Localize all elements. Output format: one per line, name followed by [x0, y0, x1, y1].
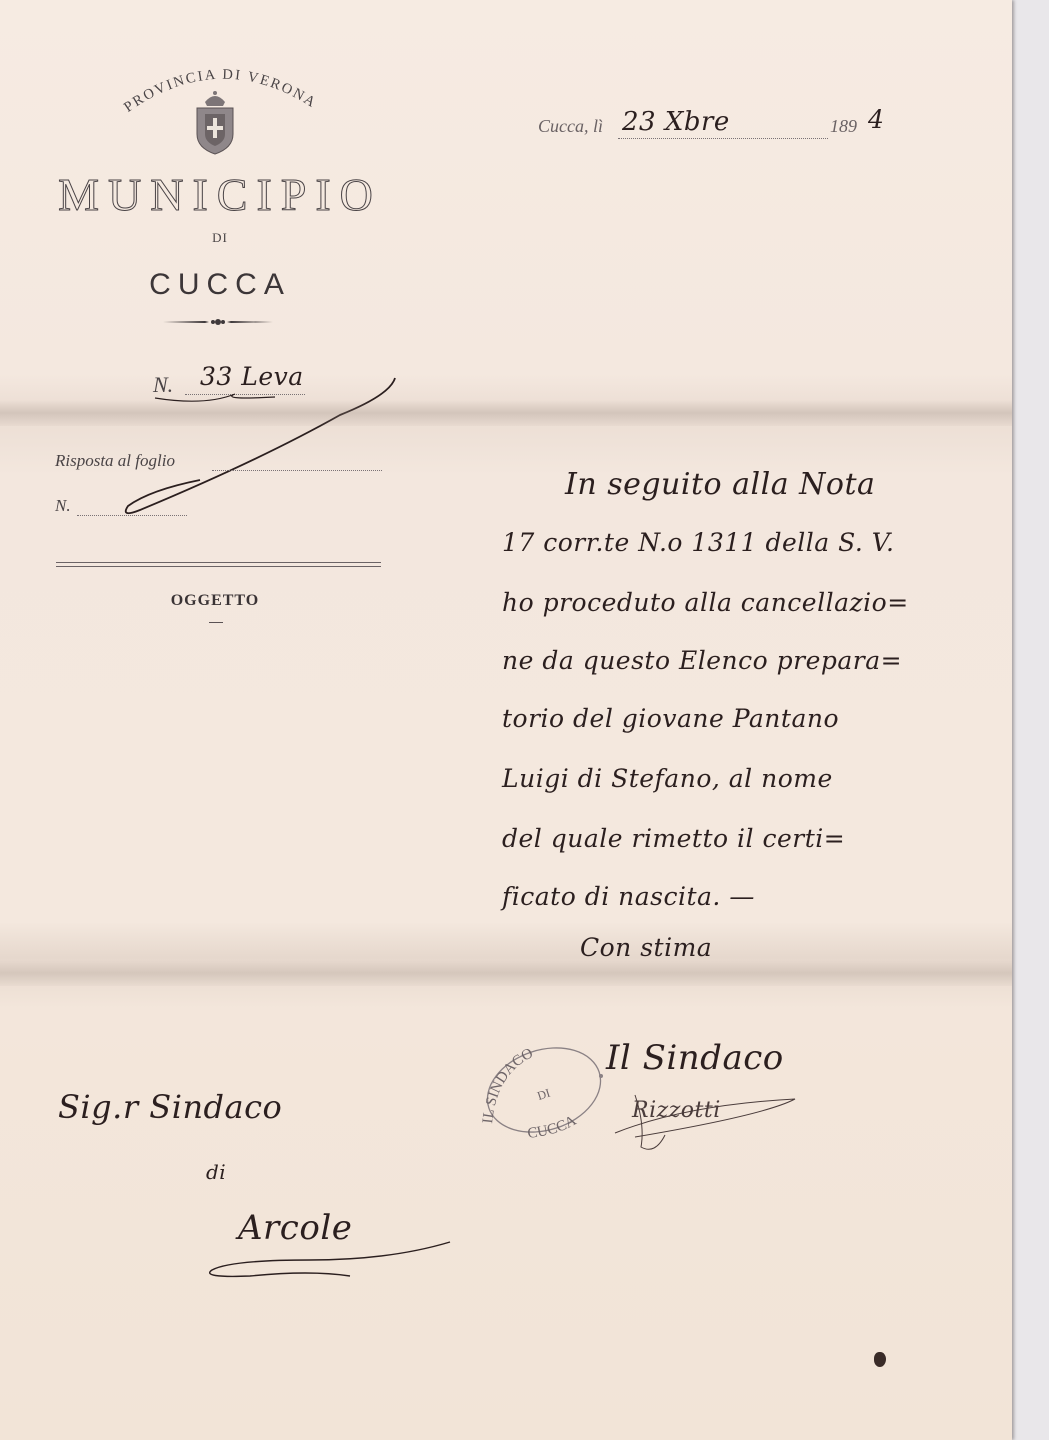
reply-number-dotline [77, 515, 187, 516]
addressee-line-2: di [206, 1160, 226, 1184]
stamp-middle-text: DI [535, 1086, 551, 1103]
municipio-heading: MUNICIPIO [50, 168, 390, 221]
stamp-top-text: IL SINDACO [480, 1045, 536, 1124]
date-handwritten: 23 Xbre [622, 107, 730, 137]
signoff-title: Il Sindaco [606, 1038, 784, 1078]
body-line-6: Luigi di Stefano, al nome [502, 766, 833, 791]
double-rule-top [56, 562, 381, 563]
date-dotline [618, 138, 828, 139]
mayor-stamp: IL SINDACO DI CUCCA [478, 1032, 618, 1142]
signature-flourish [605, 1085, 805, 1165]
body-line-1: In seguito alla Nota [565, 470, 875, 500]
reply-to-dotline [212, 470, 382, 471]
di-label: DI [200, 230, 240, 246]
body-line-4: ne da questo Elenco prepara= [502, 648, 902, 673]
subject-label: OGGETTO [150, 592, 280, 610]
double-rule-bottom [56, 566, 381, 567]
svg-text:CUCCA: CUCCA [527, 1113, 580, 1142]
ornament-divider [163, 316, 273, 328]
date-year-handwritten: 4 [868, 105, 884, 134]
body-line-2: 17 corr.te N.o 1311 della S. V. [502, 530, 894, 555]
subject-dash [209, 622, 223, 623]
svg-text:IL SINDACO: IL SINDACO [480, 1045, 536, 1124]
paper-fold-lower [0, 960, 1012, 986]
addressee-underline-flourish [190, 1240, 460, 1280]
addressee-line-1: Sig.r Sindaco [58, 1088, 282, 1126]
coat-of-arms-icon [193, 88, 237, 156]
reply-number-label: N. [55, 496, 71, 516]
body-line-3: ho proceduto alla cancellazio= [502, 590, 909, 615]
stamp-bottom-text: CUCCA [527, 1113, 580, 1142]
town-name: CUCCA [120, 268, 320, 302]
body-line-9: Con stima [580, 935, 712, 960]
body-line-8: ficato di nascita. — [502, 884, 755, 909]
pen-flourish [110, 370, 400, 520]
reply-to-label: Risposta al foglio [55, 451, 175, 471]
letter-paper: PROVINCIA DI VERONA MUNICIPIO DI CUCCA N… [0, 0, 1012, 1440]
ink-blot [874, 1352, 886, 1367]
body-line-5: torio del giovane Pantano [502, 706, 839, 731]
body-line-7: del quale rimetto il certi= [502, 826, 845, 851]
date-place: Cucca, lì [538, 116, 603, 137]
date-year-printed: 189 [830, 116, 857, 137]
